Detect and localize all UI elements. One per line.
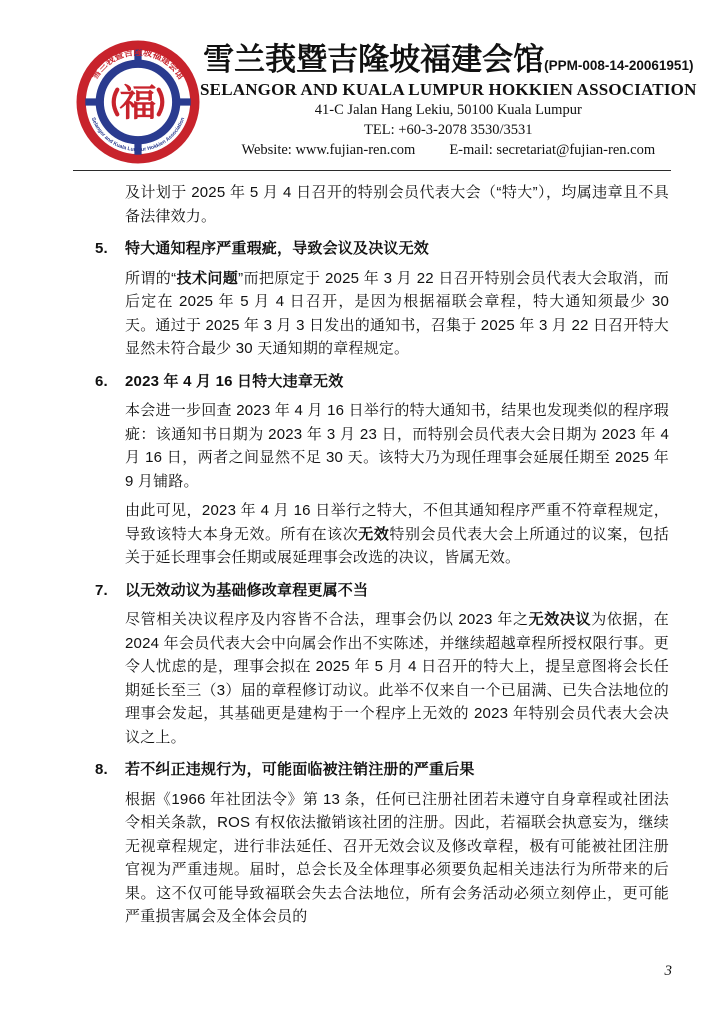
org-name-english: SELANGOR AND KUALA LUMPUR HOKKIEN ASSOCI… <box>200 80 697 100</box>
document-page: 雪兰莪暨吉隆坡福建会馆 Selangor and Kuala Lumpur Ho… <box>0 0 724 1024</box>
paragraph: 所谓的“技术问题”而把原定于 2025 年 3 月 22 日召开特别会员代表大会… <box>125 267 669 361</box>
section-number: 7. <box>95 579 125 603</box>
section-number: 8. <box>95 758 125 782</box>
section-title: 以无效动议为基础修改章程更属不当 <box>125 579 669 603</box>
section-heading: 6.2023 年 4 月 16 日特大违章无效 <box>95 370 669 394</box>
association-logo: 雪兰莪暨吉隆坡福建会馆 Selangor and Kuala Lumpur Ho… <box>76 40 200 164</box>
text-run: 本会进一步回查 2023 年 4 月 16 日举行的特大通知书，结果也发现类似的… <box>125 402 669 490</box>
section-number: 5. <box>95 237 125 261</box>
section-heading: 8.若不纠正违规行为，可能面临被注销注册的严重后果 <box>95 758 669 782</box>
document-section: 5.特大通知程序严重瑕疵，导致会议及决议无效所谓的“技术问题”而把原定于 202… <box>95 237 669 361</box>
logo-fu-character: 福 <box>119 81 156 123</box>
address-line: 41-C Jalan Hang Lekiu, 50100 Kuala Lumpu… <box>200 100 697 120</box>
email-link[interactable]: E-mail: secretariat@fujian-ren.com <box>449 140 655 160</box>
section-title: 若不纠正违规行为，可能面临被注销注册的严重后果 <box>125 758 669 782</box>
section-heading: 7.以无效动议为基础修改章程更属不当 <box>95 579 669 603</box>
association-logo-graphic: 雪兰莪暨吉隆坡福建会馆 Selangor and Kuala Lumpur Ho… <box>76 40 200 164</box>
text-run: 所谓的“ <box>125 270 176 287</box>
document-body: 及计划于 2025 年 5 月 4 日召开的特别会员代表大会（“特大”），均属违… <box>0 171 724 929</box>
paragraph: 由此可见，2023 年 4 月 16 日举行之特大，不但其通知程序严重不符章程规… <box>125 499 669 570</box>
document-sections: 5.特大通知程序严重瑕疵，导致会议及决议无效所谓的“技术问题”而把原定于 202… <box>95 237 669 929</box>
continuation-paragraph: 及计划于 2025 年 5 月 4 日召开的特别会员代表大会（“特大”），均属违… <box>125 181 669 228</box>
section-title: 2023 年 4 月 16 日特大违章无效 <box>125 370 669 394</box>
registration-number: (PPM-008-14-20061951) <box>544 58 693 73</box>
section-heading: 5.特大通知程序严重瑕疵，导致会议及决议无效 <box>95 237 669 261</box>
emphasis-text: 无效 <box>358 526 389 543</box>
text-run: 根据《1966 年社团法令》第 13 条，任何已注册社团若未遵守自身章程或社团法… <box>125 791 669 926</box>
paragraph: 尽管相关决议程序及内容皆不合法，理事会仍以 2023 年之无效决议为依据，在 2… <box>125 608 669 749</box>
text-run: 尽管相关决议程序及内容皆不合法，理事会仍以 2023 年之 <box>125 611 529 628</box>
document-section: 8.若不纠正违规行为，可能面临被注销注册的严重后果根据《1966 年社团法令》第… <box>95 758 669 929</box>
website-link[interactable]: Website: www.fujian-ren.com <box>241 140 415 160</box>
org-name-chinese: 雪兰莪暨吉隆坡福建会馆 <box>203 42 544 77</box>
letterhead: 雪兰莪暨吉隆坡福建会馆 Selangor and Kuala Lumpur Ho… <box>0 0 724 164</box>
paragraph: 根据《1966 年社团法令》第 13 条，任何已注册社团若未遵守自身章程或社团法… <box>125 788 669 929</box>
paragraph: 本会进一步回查 2023 年 4 月 16 日举行的特大通知书，结果也发现类似的… <box>125 399 669 493</box>
document-section: 7.以无效动议为基础修改章程更属不当尽管相关决议程序及内容皆不合法，理事会仍以 … <box>95 579 669 750</box>
emphasis-text: 无效决议 <box>529 611 592 628</box>
contact-row: Website: www.fujian-ren.comE-mail: secre… <box>200 140 697 160</box>
letterhead-text: 雪兰莪暨吉隆坡福建会馆(PPM-008-14-20061951) SELANGO… <box>200 40 697 160</box>
section-title: 特大通知程序严重瑕疵，导致会议及决议无效 <box>125 237 669 261</box>
text-run: 为依据，在 2024 年会员代表大会中向属会作出不实陈述，并继续超越章程所授权限… <box>125 611 669 746</box>
page-number: 3 <box>665 963 673 980</box>
text-run: 及计划于 2025 年 5 月 4 日召开的特别会员代表大会（“特大”），均属违… <box>125 184 669 225</box>
document-section: 6.2023 年 4 月 16 日特大违章无效本会进一步回查 2023 年 4 … <box>95 370 669 570</box>
section-number: 6. <box>95 370 125 394</box>
telephone-line: TEL: +60-3-2078 3530/3531 <box>200 120 697 140</box>
emphasis-text: 技术问题 <box>176 270 238 287</box>
org-title-row: 雪兰莪暨吉隆坡福建会馆(PPM-008-14-20061951) <box>200 42 697 78</box>
